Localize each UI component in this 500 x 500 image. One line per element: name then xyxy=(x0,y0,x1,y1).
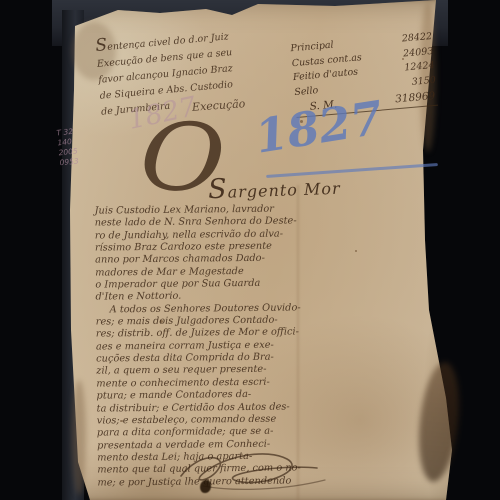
pencil-margin-notes: T 3214020050953 xyxy=(56,124,106,169)
document-heading: Sargento Mor xyxy=(207,170,341,206)
signature-rubric-flourish xyxy=(175,446,335,496)
total-value: 318969 xyxy=(395,89,436,107)
row-label: Sello xyxy=(294,84,319,101)
manuscript-photograph: Sentença civel do d.or JuizExecução de b… xyxy=(0,0,500,500)
row-value: 3150 xyxy=(411,73,436,90)
stain-bottom-left-edge xyxy=(72,380,86,495)
